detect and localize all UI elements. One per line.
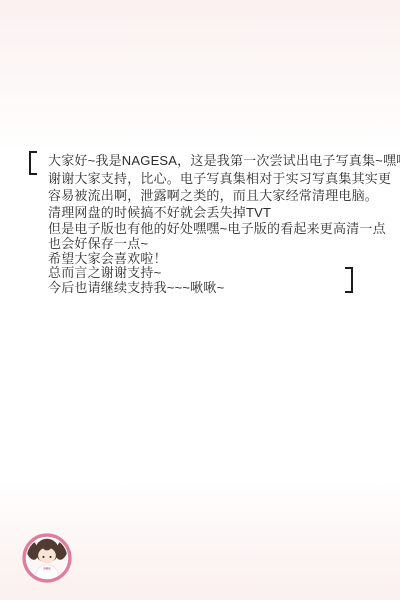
photobook-note-page: 大家好~我是NAGESA，这是我第一次尝试出电子写真集~嘿嘿 谢谢大家支持，比心… bbox=[0, 0, 400, 600]
note-line: 也会好保存一点~ bbox=[48, 236, 368, 251]
note-line: 今后也请继续支持我~~~啾啾~ bbox=[48, 280, 368, 295]
note-line: 总而言之谢谢支持~ bbox=[48, 265, 368, 280]
anime-girl-avatar-icon bbox=[22, 533, 72, 583]
note-line: 希望大家会喜欢啦！ bbox=[48, 251, 368, 266]
note-line: 但是电子版也有他的好处嘿嘿~电子版的看起来更高清一点 bbox=[48, 221, 368, 236]
note-line: 清理网盘的时候搞不好就会丢失掉TVT bbox=[48, 205, 368, 220]
note-line: 大家好~我是NAGESA，这是我第一次尝试出电子写真集~嘿嘿 bbox=[48, 153, 368, 168]
note-line: 谢谢大家支持，比心。电子写真集相对于实习写真集其实更 bbox=[48, 171, 368, 186]
note-line: 容易被流出啊，泄露啊之类的，而且大家经常清理电脑。 bbox=[48, 188, 368, 203]
note-text: 大家好~我是NAGESA，这是我第一次尝试出电子写真集~嘿嘿 谢谢大家支持，比心… bbox=[0, 0, 400, 600]
